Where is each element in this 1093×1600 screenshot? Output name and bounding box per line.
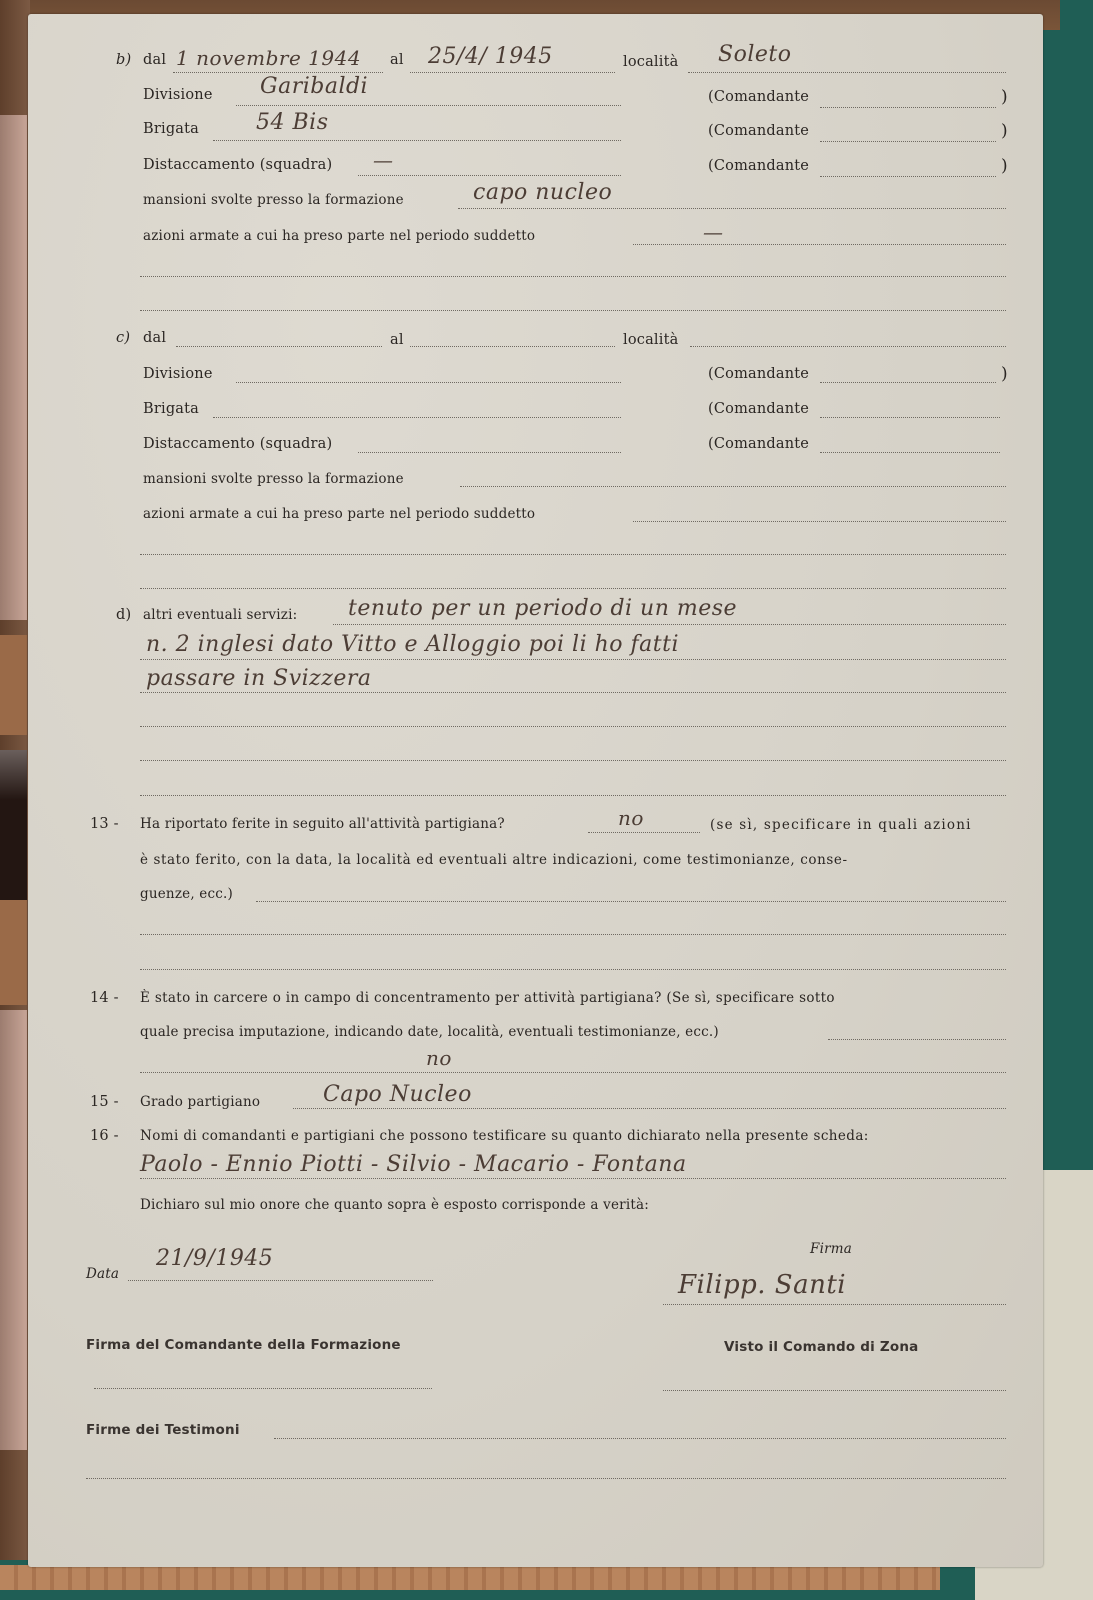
comandante-line: [820, 417, 1000, 418]
azioni-line-2: [140, 276, 1006, 277]
section-b-label: b): [116, 52, 131, 68]
mansioni-line: [460, 486, 1006, 487]
q14-text: È stato in carcere o in campo di concent…: [140, 990, 835, 1006]
comandante-line: [820, 382, 996, 383]
al-line: [410, 72, 615, 73]
distaccamento-label: Distaccamento (squadra): [143, 436, 332, 452]
comandante-line: [820, 452, 1000, 453]
localita-label: località: [623, 332, 678, 348]
q13-number: 13 -: [90, 816, 119, 832]
azioni-label: azioni armate a cui ha preso parte nel p…: [143, 228, 535, 244]
q13-answer-line: [588, 832, 700, 833]
firme-testimoni-label: Firme dei Testimoni: [86, 1422, 240, 1438]
altri-servizi-line-2: [140, 659, 1006, 660]
close-paren: ): [1001, 364, 1008, 384]
firme-testimoni-line-2: [86, 1478, 1006, 1479]
data-label: Data: [86, 1266, 119, 1282]
altri-servizi-line: [333, 624, 1006, 625]
binder-edge: [0, 750, 27, 800]
dal-line: [173, 72, 383, 73]
distaccamento-line: [358, 452, 621, 453]
binder-edge: [0, 800, 27, 900]
comandante-label: (Comandante: [708, 123, 809, 139]
q15-line: [293, 1108, 1006, 1109]
firma-comandante-line: [94, 1388, 432, 1389]
altri-servizi-line-6: [140, 795, 1006, 796]
dal-label: dal: [143, 52, 166, 68]
binder-edge: [0, 1010, 27, 1450]
q16-number: 16 -: [90, 1128, 119, 1144]
localita-value[interactable]: Soleto: [718, 42, 791, 67]
divisione-value[interactable]: Garibaldi: [260, 74, 368, 99]
azioni-line-3: [140, 310, 1006, 311]
section-c-label: c): [116, 330, 130, 346]
brigata-value[interactable]: 54 Bis: [256, 110, 328, 135]
q16-line: [140, 1178, 1006, 1179]
brigata-line: [213, 140, 621, 141]
comandante-label: (Comandante: [708, 89, 809, 105]
q13-text: Ha riportato ferite in seguito all'attiv…: [140, 816, 505, 832]
al-line: [410, 346, 615, 347]
altri-servizi-line-5: [140, 760, 1006, 761]
firma-line: [663, 1304, 1006, 1305]
comandante-line: [820, 141, 996, 142]
mansioni-line: [458, 208, 1006, 209]
azioni-line-3: [140, 588, 1006, 589]
altri-servizi-line-3: [140, 692, 1006, 693]
q14-line-2: [140, 1072, 1006, 1073]
localita-line: [690, 346, 1006, 347]
q16-value[interactable]: Paolo - Ennio Piotti - Silvio - Macario …: [140, 1152, 687, 1177]
data-line: [128, 1280, 433, 1281]
desk-background-bottom: [0, 1565, 940, 1590]
divisione-line: [236, 382, 621, 383]
q13-line: [256, 901, 1006, 902]
mansioni-label: mansioni svolte presso la formazione: [143, 471, 404, 487]
al-label: al: [390, 332, 404, 348]
altri-servizi-line-4: [140, 726, 1006, 727]
dal-line: [176, 346, 382, 347]
firma-label: Firma: [810, 1241, 852, 1257]
firme-testimoni-line: [274, 1438, 1006, 1439]
close-paren: ): [1001, 121, 1008, 141]
altri-servizi-line3[interactable]: passare in Svizzera: [146, 666, 372, 691]
comandante-label: (Comandante: [708, 401, 809, 417]
azioni-line: [633, 244, 1006, 245]
visto-comando-line: [663, 1390, 1006, 1391]
comandante-line: [820, 107, 996, 108]
comandante-label: (Comandante: [708, 158, 809, 174]
azioni-label: azioni armate a cui ha preso parte nel p…: [143, 506, 535, 522]
q14-answer[interactable]: no: [426, 1046, 452, 1070]
brigata-label: Brigata: [143, 401, 199, 417]
altri-servizi-line2[interactable]: n. 2 inglesi dato Vitto e Alloggio poi l…: [146, 632, 679, 657]
q13-line-3: [140, 969, 1006, 970]
q13-line-2: [140, 934, 1006, 935]
azioni-line: [633, 521, 1006, 522]
altri-servizi-line1[interactable]: tenuto per un periodo di un mese: [348, 596, 737, 621]
q13-text-4: guenze, ecc.): [140, 886, 233, 902]
binder-edge: [0, 115, 27, 620]
altri-servizi-label: altri eventuali servizi:: [143, 607, 297, 623]
q15-label: Grado partigiano: [140, 1094, 260, 1110]
brigata-line: [213, 417, 621, 418]
section-d-label: d): [116, 607, 131, 623]
firma-value[interactable]: Filipp. Santi: [678, 1270, 846, 1300]
declaration-text: Dichiaro sul mio onore che quanto sopra …: [140, 1197, 649, 1213]
divisione-label: Divisione: [143, 366, 213, 382]
al-value[interactable]: 25/4/ 1945: [428, 44, 553, 69]
azioni-line-2: [140, 554, 1006, 555]
q15-number: 15 -: [90, 1094, 119, 1110]
localita-label: località: [623, 54, 678, 70]
mansioni-value[interactable]: capo nucleo: [473, 180, 612, 205]
q14-text-2: quale precisa imputazione, indicando dat…: [140, 1024, 719, 1040]
q13-text-2: (se sì, specificare in quali azioni: [710, 817, 972, 833]
distaccamento-label: Distaccamento (squadra): [143, 157, 332, 173]
divisione-line: [236, 105, 621, 106]
q14-line: [828, 1039, 1006, 1040]
binder-edge: [0, 635, 27, 735]
data-value[interactable]: 21/9/1945: [156, 1246, 273, 1271]
dal-label: dal: [143, 330, 166, 346]
distaccamento-line: [358, 175, 621, 176]
divisione-label: Divisione: [143, 87, 213, 103]
q13-text-3: è stato ferito, con la data, la località…: [140, 852, 848, 868]
q14-number: 14 -: [90, 990, 119, 1006]
comandante-line: [820, 176, 996, 177]
visto-comando-label: Visto il Comando di Zona: [724, 1339, 918, 1355]
mansioni-label: mansioni svolte presso la formazione: [143, 192, 404, 208]
comandante-label: (Comandante: [708, 366, 809, 382]
al-label: al: [390, 52, 404, 68]
firma-comandante-label: Firma del Comandante della Formazione: [86, 1337, 401, 1353]
azioni-value[interactable]: —: [703, 220, 724, 244]
distaccamento-value[interactable]: —: [373, 148, 394, 172]
binder-edge: [0, 900, 27, 1005]
dal-value[interactable]: 1 novembre 1944: [176, 46, 361, 70]
q16-label: Nomi di comandanti e partigiani che poss…: [140, 1128, 869, 1144]
q13-answer[interactable]: no: [618, 806, 644, 830]
form-sheet: b) dal 1 novembre 1944 al 25/4/ 1945 loc…: [28, 14, 1043, 1567]
close-paren: ): [1001, 156, 1008, 176]
close-paren: ): [1001, 87, 1008, 107]
localita-line: [688, 72, 1006, 73]
comandante-label: (Comandante: [708, 436, 809, 452]
brigata-label: Brigata: [143, 121, 199, 137]
q15-value[interactable]: Capo Nucleo: [323, 1082, 472, 1107]
